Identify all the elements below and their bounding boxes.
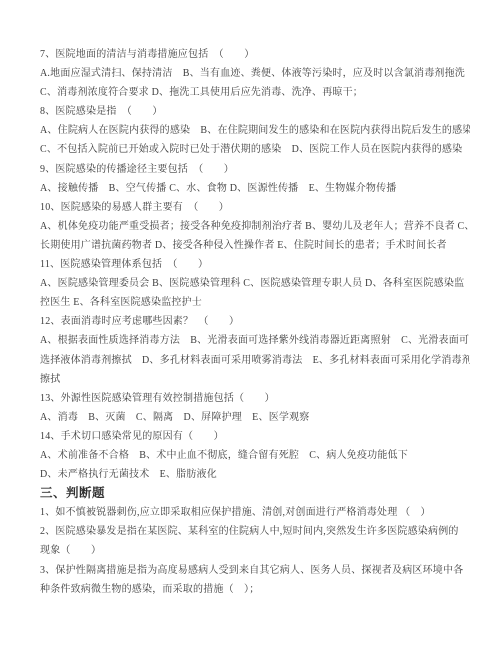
text-line: C、不包括入院前已开始或入院时已处于潜伏期的感染 D、医院工作人员在医院内获得的… — [40, 140, 470, 159]
text-line: 种条件致病微生物的感染，而采取的措施（ ）； — [40, 580, 470, 599]
text-line: 擦拭 — [40, 370, 470, 389]
document-body: 7、医院地面的清洁与消毒措施应包括 （ ）A.地面应湿式清扫、保持清洁 B、当有… — [0, 0, 500, 599]
text-line: A、术前准备不合格 B、术中止血不彻底，缝合留有死腔 C、病人免疫功能低下 — [40, 446, 470, 465]
text-line: 1、如不慎被锐器刺伤,应立即采取相应保护措施、清创,对创面进行严格消毒处理 （ … — [40, 503, 470, 522]
text-line: 3、保护性隔离措施是指为高度易感病人受到来自其它病人、医务人员、探视者及病区环境… — [40, 561, 470, 580]
text-line: A、住院病人在医院内获得的感染 B、在住院期间发生的感染和在医院内获得出院后发生… — [40, 121, 470, 140]
text-line: A、根据表面性质选择消毒方法 B、光滑表面可选择紫外线消毒器近距离照射 C、光滑… — [40, 331, 470, 350]
text-line: 7、医院地面的清洁与消毒措施应包括 （ ） — [40, 45, 470, 64]
text-line: 长期使用广谱抗菌药物者 D、接受各种侵入性操作者 E、住院时间长的患者；手术时间… — [40, 236, 470, 255]
text-line: A、机体免疫功能严重受损者；接受各种免疫抑制剂治疗者 B、婴幼儿及老年人；营养不… — [40, 217, 470, 236]
text-line: 11、医院感染管理体系包括 （ ） — [40, 255, 470, 274]
text-line: 13、外源性医院感染管理有效控制措施包括（ ） — [40, 389, 470, 408]
text-line: 2、医院感染暴发是指在某医院、某科室的住院病人中,短时间内,突然发生许多医院感染… — [40, 522, 470, 541]
text-line: 现象（ ） — [40, 541, 470, 560]
text-line: 10、医院感染的易感人群主要有 （ ） — [40, 198, 470, 217]
text-line: 9、医院感染的传播途径主要包括 （ ） — [40, 160, 470, 179]
text-line: A、消毒 B、灭菌 C、隔离 D、屏障护理 E、医学观察 — [40, 408, 470, 427]
text-line: C、消毒剂浓度符合要求 D、拖洗工具使用后应先消毒、洗净、再晾干； — [40, 83, 470, 102]
text-line: 8、医院感染是指 （ ） — [40, 102, 470, 121]
text-line: A、接触传播 B、空气传播 C、水、食物 D、医源性传播 E、生物媒介物传播 — [40, 179, 470, 198]
text-line: 控医生 E、各科室医院感染监控护士 — [40, 293, 470, 312]
text-line: D、未严格执行无菌技术 E、脂肪液化 — [40, 465, 470, 484]
text-line: A、医院感染管理委员会 B、医院感染管理科 C、医院感染管理专职人员 D、各科室… — [40, 274, 470, 293]
text-line: 选择液体消毒剂擦拭 D、多孔材料表面可采用喷雾消毒法 E、多孔材料表面可采用化学… — [40, 351, 470, 370]
text-line: 14、手术切口感染常见的原因有（ ） — [40, 427, 470, 446]
text-line: 12、表面消毒时应考虑哪些因素？ （ ） — [40, 312, 470, 331]
text-line: A.地面应湿式清扫、保持清洁 B、当有血迹、粪便、体液等污染时，应及时以含氯消毒… — [40, 64, 470, 83]
section-heading: 三、判断题 — [40, 484, 470, 503]
document-page: 7、医院地面的清洁与消毒措施应包括 （ ）A.地面应湿式清扫、保持清洁 B、当有… — [0, 0, 500, 647]
